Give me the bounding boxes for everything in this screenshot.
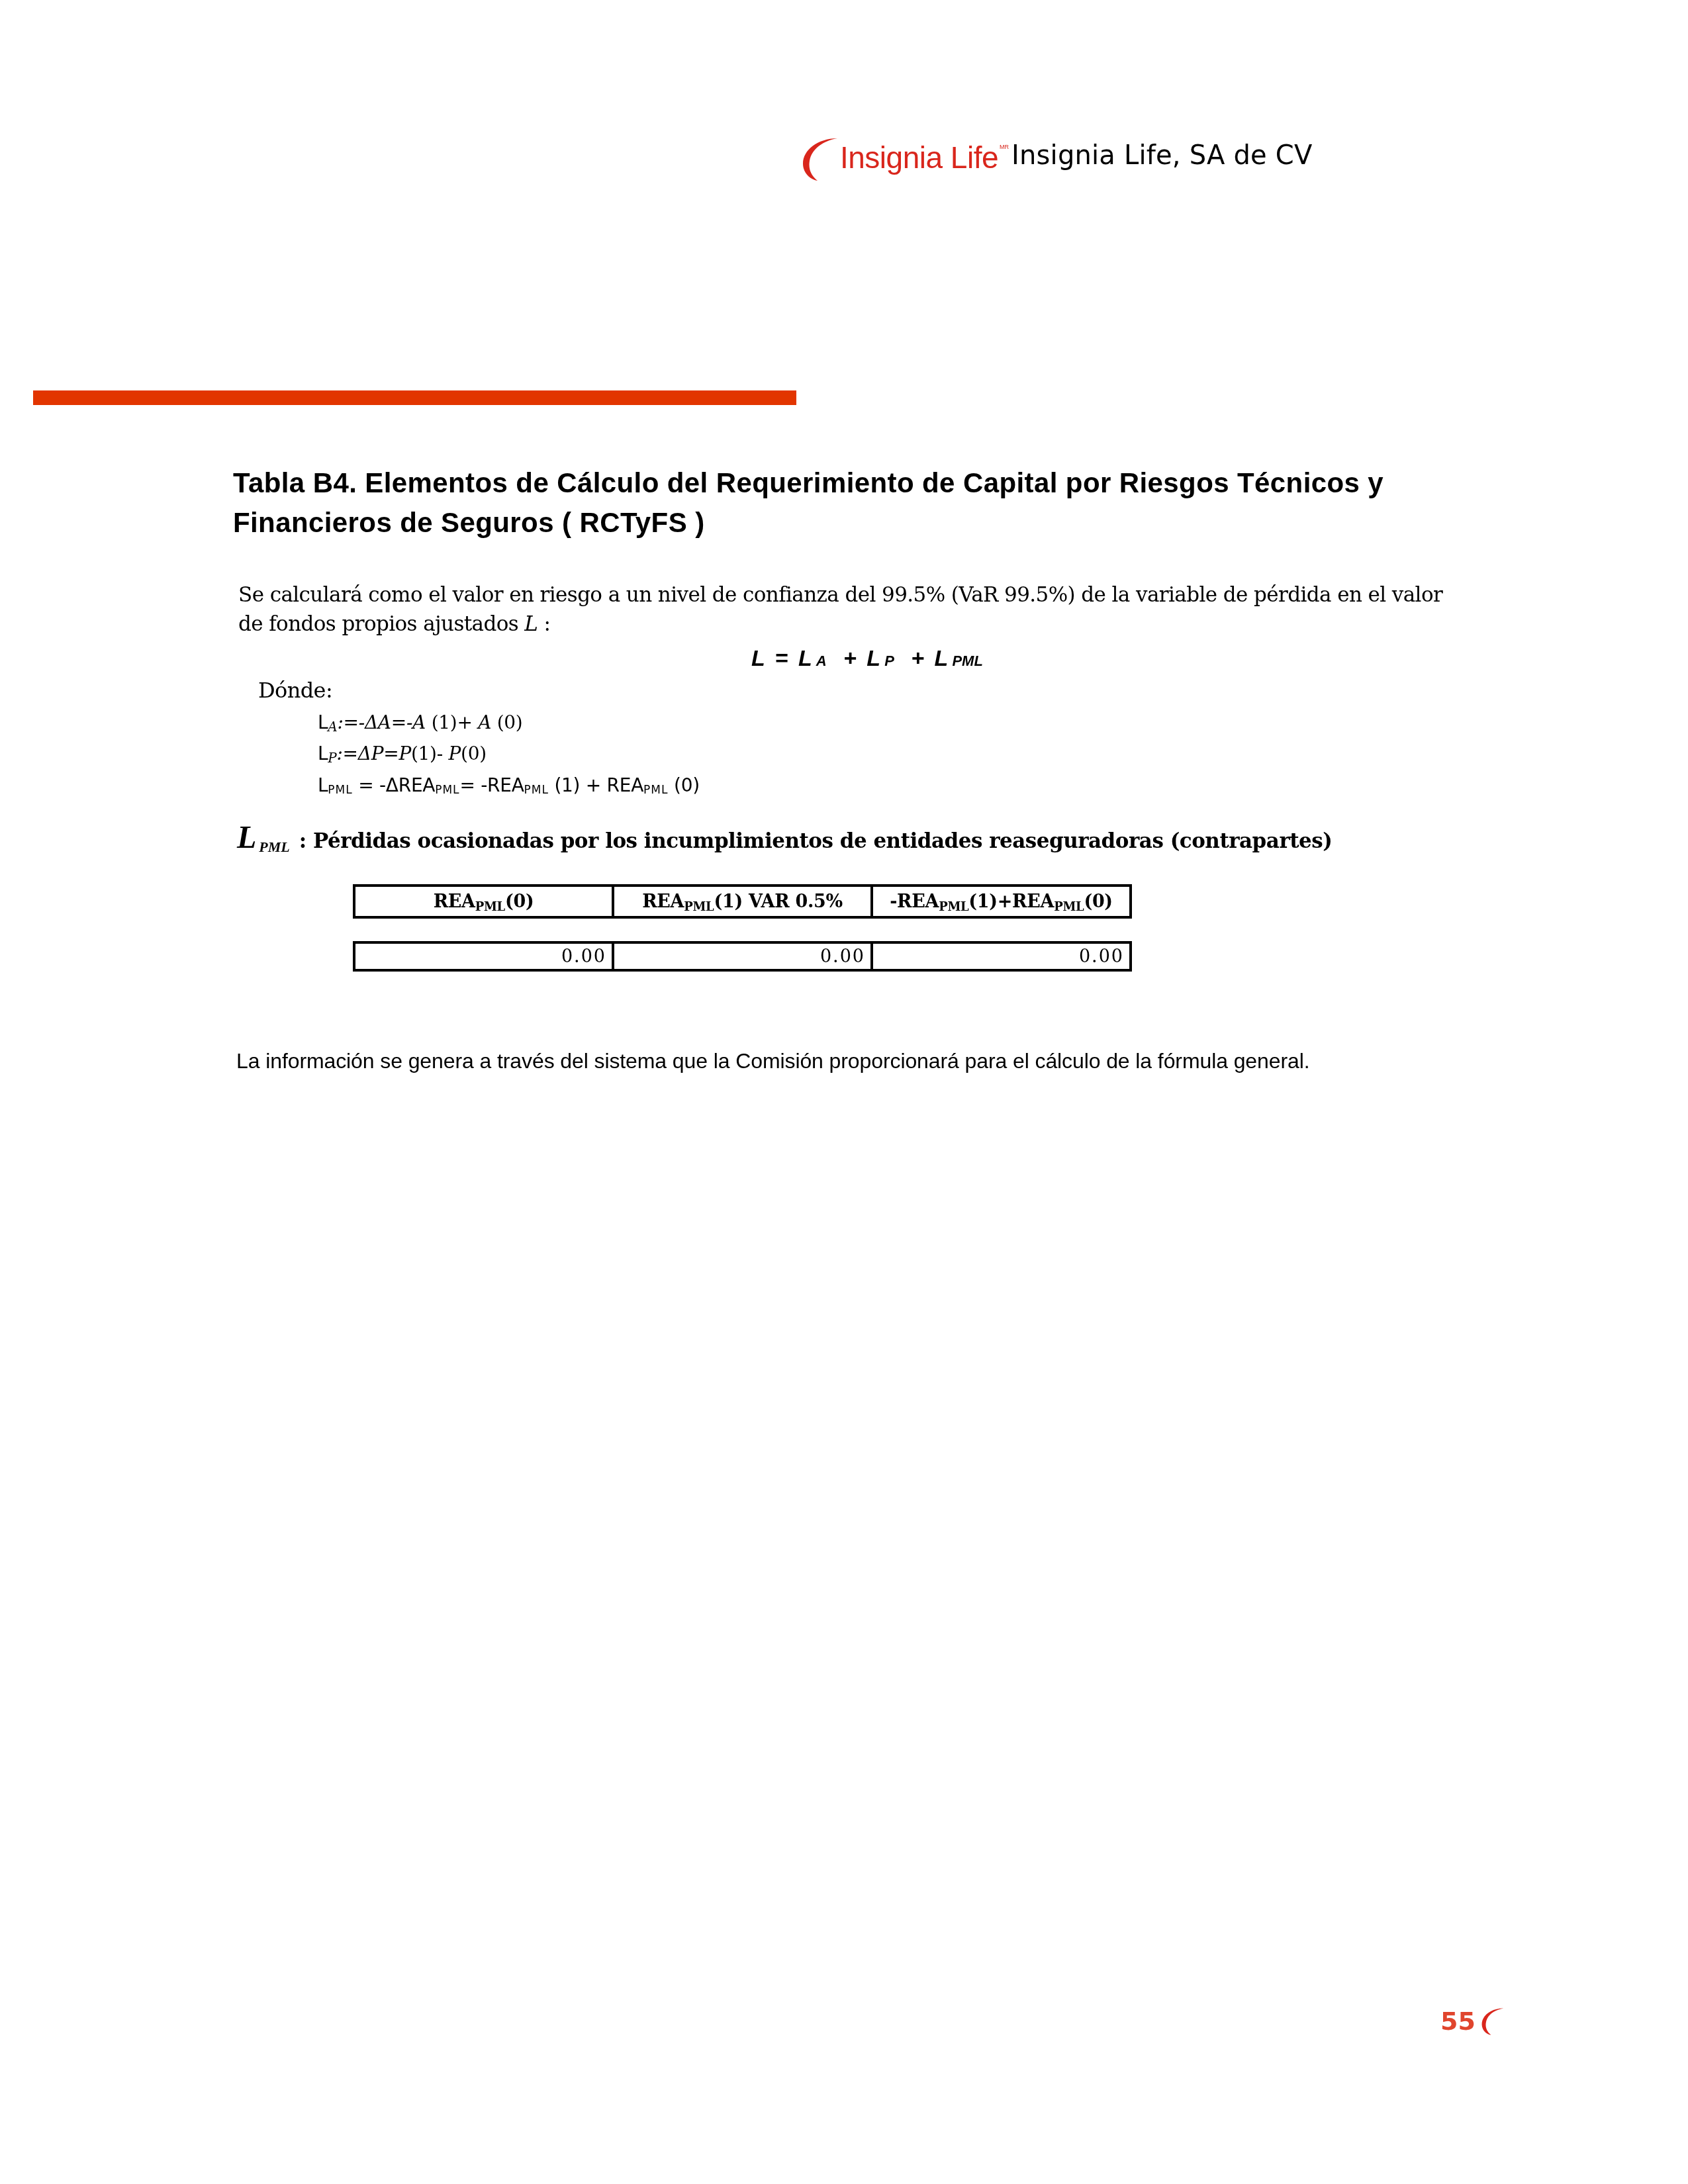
page-title: Tabla B4. Elementos de Cálculo del Reque… <box>233 463 1504 543</box>
def-lpml-sub: PML <box>643 784 668 797</box>
def-la-expr: (0) <box>491 711 522 733</box>
def-la-sub: A <box>328 719 337 735</box>
table-header-cell: -REAPML(1)+REAPML(0) <box>872 886 1131 917</box>
def-lpml-expr: (0) <box>668 774 699 796</box>
formula-plus: + <box>843 646 857 671</box>
formula-term-lp: L <box>867 646 880 671</box>
header-sub: PML <box>1054 900 1084 914</box>
intro-paragraph: Se calculará como el valor en riesgo a u… <box>238 580 1470 639</box>
lpml-symbol: L <box>237 820 256 855</box>
lpml-symbol-sub: PML <box>259 839 289 855</box>
def-lp-expr: P <box>399 743 411 764</box>
formula-sub-pml: PML <box>952 653 982 669</box>
def-lp-base: L <box>318 743 328 764</box>
definition-la: LA:=-ΔA=-A (1)+ A (0) <box>318 711 522 733</box>
header-sub: PML <box>939 900 968 914</box>
definition-lp: LP:=ΔP=P(1)- P(0) <box>318 743 487 764</box>
header-text: -REA <box>890 891 939 912</box>
formula-term-lpml: L <box>935 646 949 671</box>
formula-term-la: L <box>798 646 812 671</box>
formula-plus: + <box>911 646 924 671</box>
intro-colon: : <box>538 612 550 636</box>
def-lp-expr: P <box>449 743 461 764</box>
def-lpml-expr: = -REA <box>460 774 524 796</box>
def-la-expr: (1)+ <box>426 711 478 733</box>
definition-lpml: LPML = -ΔREAPML= -REAPML (1) + REAPML (0… <box>318 774 700 796</box>
def-lp-sub: P <box>328 750 336 766</box>
lpml-description: : Pérdidas ocasionadas por los incumplim… <box>299 829 1333 853</box>
header-sub: PML <box>475 900 505 914</box>
def-la-expr: A <box>478 711 491 733</box>
formula-sub-p: P <box>884 653 894 669</box>
def-la-expr: ΔA <box>365 711 391 733</box>
crescent-icon <box>1478 2007 1505 2036</box>
main-formula: L = LA + LP + LPML <box>751 646 990 672</box>
table-cell: 0.00 <box>872 942 1131 970</box>
def-la-expr: =- <box>391 711 412 733</box>
logo-trademark: MR <box>1000 144 1009 150</box>
table-header-cell: REAPML(0) <box>354 886 613 917</box>
table-cell: 0.00 <box>613 942 872 970</box>
crescent-logo-icon <box>798 136 839 182</box>
page-number: 55 <box>1440 2007 1505 2036</box>
table-row: 0.00 0.00 0.00 <box>354 942 1131 970</box>
header-text: REA <box>642 891 684 912</box>
formula-sub-a: A <box>816 653 827 669</box>
formula-equals: = <box>775 646 788 671</box>
header-text: (1)+REA <box>968 891 1054 912</box>
accent-bar <box>33 390 796 405</box>
def-lpml-expr: = -ΔREA <box>353 774 435 796</box>
rea-table-values: 0.00 0.00 0.00 <box>353 941 1132 972</box>
def-la-base: L <box>318 711 328 733</box>
lpml-heading: LPML: Pérdidas ocasionadas por los incum… <box>237 819 1332 856</box>
table-cell: 0.00 <box>354 942 613 970</box>
def-la-expr: :=- <box>337 711 364 733</box>
logo-wordmark: Insignia Life <box>840 140 998 175</box>
def-lp-expr: = <box>383 743 399 764</box>
def-lpml-base: L <box>318 774 328 796</box>
def-lp-expr: (1)- <box>411 743 449 764</box>
intro-text: Se calculará como el valor en riesgo a u… <box>238 583 1442 636</box>
header-sub: PML <box>684 900 714 914</box>
header-text: (0) <box>1084 891 1112 912</box>
def-lpml-sub: PML <box>524 784 548 797</box>
def-lp-expr: := <box>336 743 357 764</box>
formula-lhs: L <box>751 646 765 671</box>
insignia-life-logo: Insignia Life MR <box>798 132 1009 185</box>
header-text: REA <box>434 891 475 912</box>
def-lpml-sub: PML <box>328 784 352 797</box>
def-lpml-sub: PML <box>435 784 459 797</box>
rea-table-header: REAPML(0) REAPML(1) VAR 0.5% -REAPML(1)+… <box>353 884 1132 919</box>
table-header-cell: REAPML(1) VAR 0.5% <box>613 886 872 917</box>
header-text: (0) <box>505 891 534 912</box>
footnote: La información se genera a través del si… <box>236 1049 1310 1073</box>
page-number-text: 55 <box>1440 2007 1476 2036</box>
company-name: Insignia Life, SA de CV <box>1011 140 1313 171</box>
def-lp-expr: ΔP <box>358 743 383 764</box>
def-lpml-expr: (1) + REA <box>549 774 643 796</box>
def-la-expr: A <box>412 711 426 733</box>
header-text: (1) VAR 0.5% <box>714 891 842 912</box>
def-lp-expr: (0) <box>461 743 487 764</box>
donde-label: Dónde: <box>258 678 332 703</box>
intro-variable: L <box>524 612 538 636</box>
